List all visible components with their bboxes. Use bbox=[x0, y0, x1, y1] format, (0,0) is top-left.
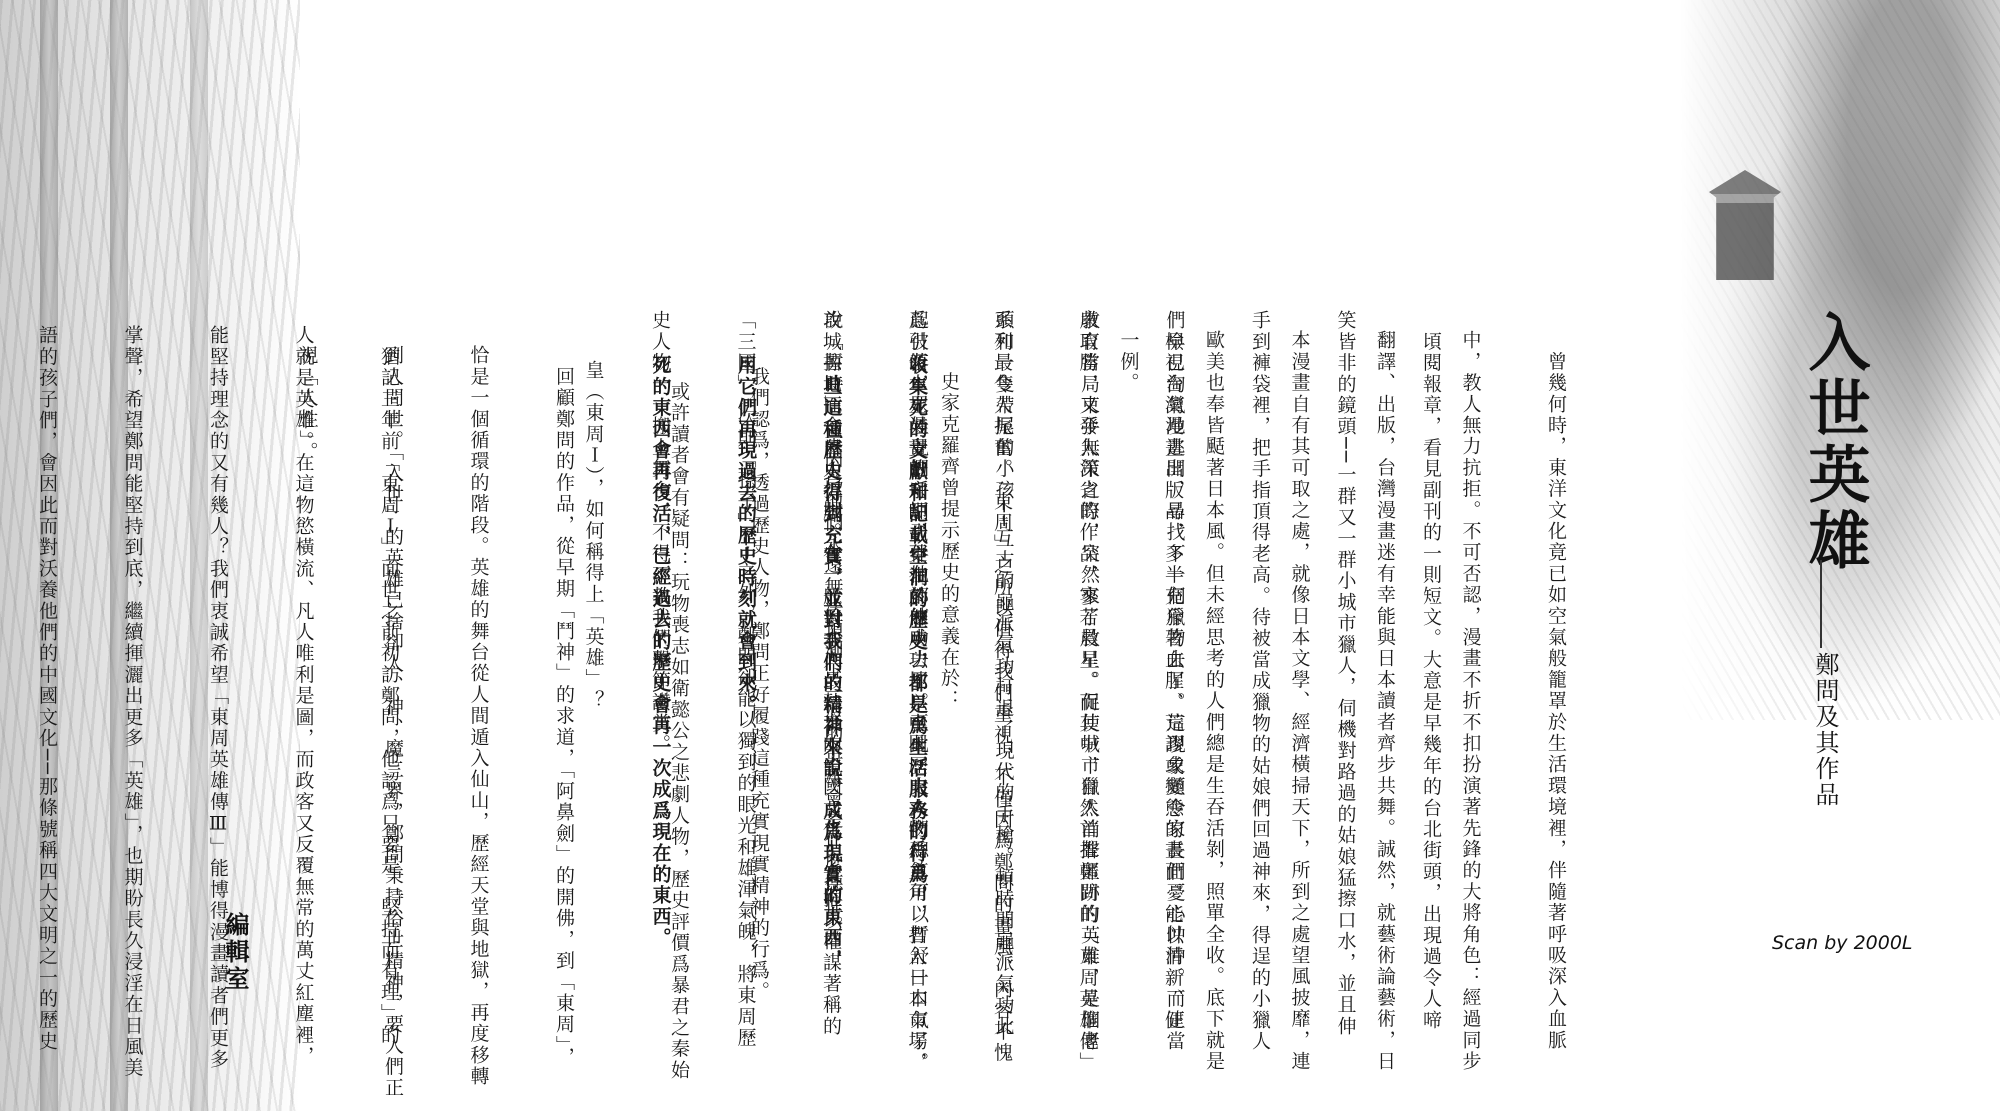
byline: 編輯室 bbox=[218, 912, 253, 993]
article-title: 入世英雄 bbox=[1790, 310, 1879, 574]
paragraph-closing: 猶記三年前「東周Ｉ」面世之前初訪鄭問，他認爲只要是「堅持而有理」的 人就是英雄。… bbox=[0, 325, 460, 1005]
article-subtitle: 鄭問及其作品 bbox=[1808, 652, 1843, 808]
scan-credit: Scan by 2000L bbox=[1772, 932, 1913, 954]
title-divider bbox=[1820, 560, 1822, 648]
